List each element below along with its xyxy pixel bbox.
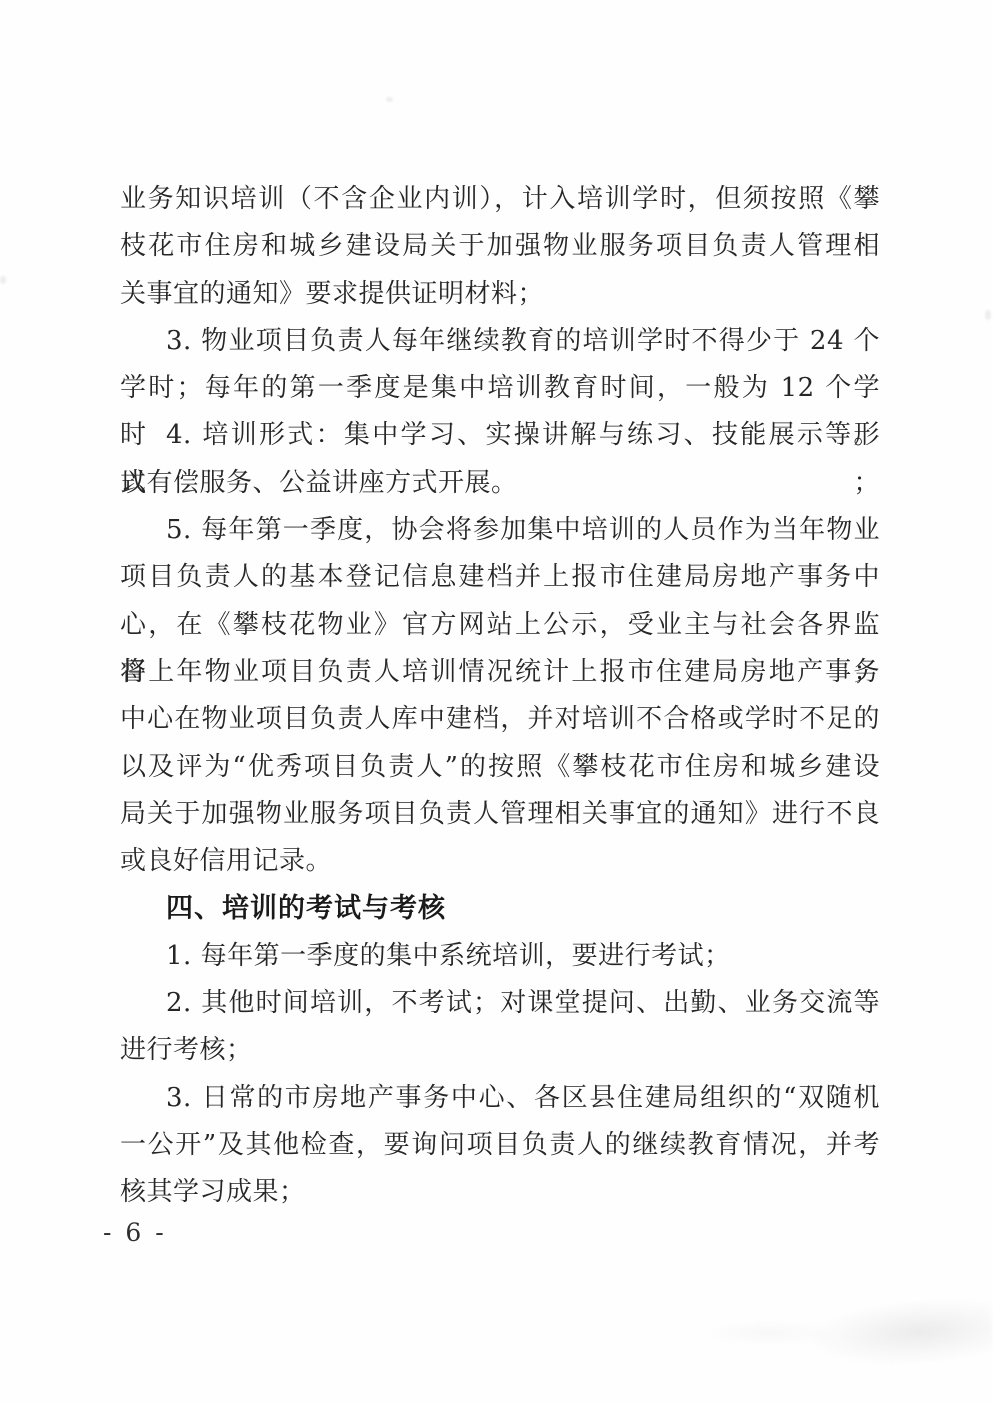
text-line: 进行考核； [120,1027,880,1074]
page-number: - 6 - [103,1218,167,1247]
text-line: 2. 其他时间培训，不考试；对课堂提问、出勤、业务交流等 [120,980,880,1027]
text-line: 核其学习成果； [120,1169,880,1216]
text-line: 枝花市住房和城乡建设局关于加强物业服务项目负责人管理相 [120,223,880,270]
document-page: 业务知识培训（不含企业内训），计入培训学时，但须按照《攀枝花市住房和城乡建设局关… [0,0,993,1403]
text-line: 或良好信用记录。 [120,838,880,885]
text-line: 5. 每年第一季度，协会将参加集中培训的人员作为当年物业 [120,507,880,554]
text-line: 关事宜的通知》要求提供证明材料； [120,271,880,318]
scan-speck-artifact [386,97,393,102]
text-line: 中心在物业项目负责人库中建档，并对培训不合格或学时不足的 [120,696,880,743]
scan-speck-artifact [0,276,6,284]
text-line: 局关于加强物业服务项目负责人管理相关事宜的通知》进行不良 [120,791,880,838]
text-line: 将上年物业项目负责人培训情况统计上报市住建局房地产事务 [120,649,880,696]
text-line: 心，在《攀枝花物业》官方网站上公示，受业主与社会各界监督； [120,602,880,649]
document-body: 业务知识培训（不含企业内训），计入培训学时，但须按照《攀枝花市住房和城乡建设局关… [120,176,880,1217]
text-line: 3. 物业项目负责人每年继续教育的培训学时不得少于 24 个 [120,318,880,365]
text-line: 4. 培训形式：集中学习、实操讲解与练习、技能展示等形式； [120,412,880,459]
section-heading: 四、培训的考试与考核 [120,885,880,932]
text-line: 1. 每年第一季度的集中系统培训，要进行考试； [120,933,880,980]
text-line: 学时；每年的第一季度是集中培训教育时间，一般为 12 个学时。 [120,365,880,412]
text-line: 以及评为“优秀项目负责人”的按照《攀枝花市住房和城乡建设 [120,744,880,791]
scan-smudge-artifact [700,1320,840,1346]
text-line: 项目负责人的基本登记信息建档并上报市住建局房地产事务中 [120,554,880,601]
text-line: 一公开”及其他检查，要询问项目负责人的继续教育情况，并考 [120,1122,880,1169]
text-line: 3. 日常的市房地产事务中心、各区县住建局组织的“双随机 [120,1075,880,1122]
scan-speck-artifact [985,310,991,320]
text-line: 业务知识培训（不含企业内训），计入培训学时，但须按照《攀 [120,176,880,223]
